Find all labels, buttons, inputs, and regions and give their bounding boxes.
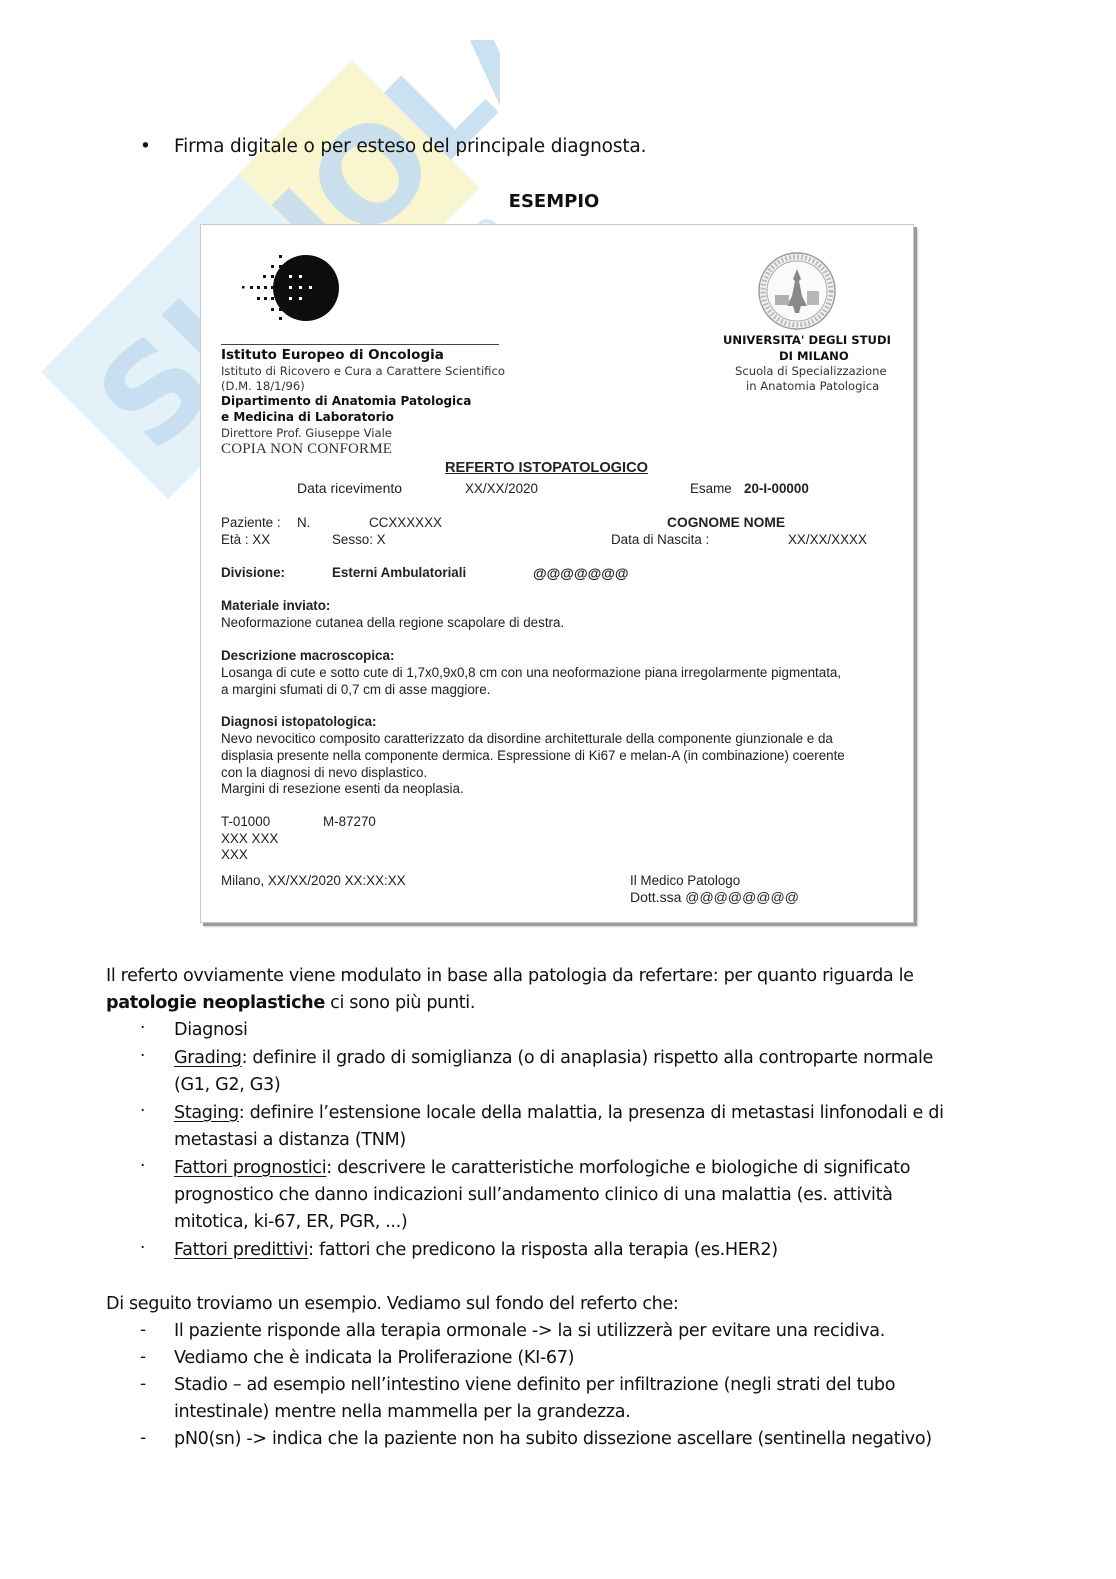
grading-term: Grading bbox=[174, 1048, 242, 1068]
received-value: XX/XX/2020 bbox=[465, 481, 538, 496]
birth-value: XX/XX/XXXX bbox=[788, 532, 867, 547]
prognostic-text: : descrivere le caratteristiche morfolog… bbox=[326, 1158, 910, 1178]
list2-item: pN0(sn) -> indica che la paziente non ha… bbox=[174, 1429, 932, 1449]
exam-label: Esame bbox=[690, 481, 732, 496]
grading-text: : definire il grado di somiglianza (o di… bbox=[242, 1048, 933, 1068]
histopathology-report-image: Istituto Europeo di Oncologia Istituto d… bbox=[200, 224, 914, 923]
institute-line1: Istituto di Ricovero e Cura a Carattere … bbox=[221, 364, 505, 378]
report-title: REFERTO ISTOPATOLOGICO bbox=[445, 460, 648, 476]
predictive-text: : fattori che predicono la risposta alla… bbox=[308, 1240, 778, 1260]
patient-id: CCXXXXXX bbox=[369, 515, 442, 530]
ieo-logo-icon bbox=[237, 253, 347, 323]
director: Direttore Prof. Giuseppe Viale bbox=[221, 426, 392, 440]
paragraph-1-line2: patologie neoplastiche ci sono più punti… bbox=[106, 993, 475, 1013]
material-label: Materiale inviato: bbox=[221, 598, 330, 613]
list-item-diagnosi: Diagnosi bbox=[174, 1020, 248, 1040]
diagnosis-line: Nevo nevocitico composito caratterizzato… bbox=[221, 731, 833, 746]
list-dot-icon: · bbox=[140, 1101, 145, 1121]
material-text: Neoformazione cutanea della regione scap… bbox=[221, 615, 564, 630]
university-name-line2: DI MILANO bbox=[779, 349, 849, 363]
patient-age: Età : XX bbox=[221, 532, 270, 547]
university-name-line1: UNIVERSITA' DEGLI STUDI bbox=[723, 333, 891, 347]
division-label: Divisione: bbox=[221, 565, 285, 580]
patient-n-label: N. bbox=[297, 515, 310, 530]
topography-code: T-01000 bbox=[221, 814, 270, 829]
signer-role: Il Medico Patologo bbox=[630, 873, 740, 888]
school-line1: Scuola di Specializzazione bbox=[735, 364, 887, 378]
list-item-prognostic-cont2: mitotica, ki-67, ER, PGR, ...) bbox=[174, 1212, 407, 1232]
signer-name: Dott.ssa @@@@@@@@ bbox=[630, 889, 799, 905]
bold-term: patologie neoplastiche bbox=[106, 993, 325, 1013]
list-dot-icon: · bbox=[140, 1156, 145, 1176]
list-item-prognostic: Fattori prognostici: descrivere le carat… bbox=[174, 1158, 910, 1178]
paragraph-2: Di seguito troviamo un esempio. Vediamo … bbox=[106, 1294, 679, 1314]
institute-line2: (D.M. 18/1/96) bbox=[221, 379, 305, 393]
school-line2: in Anatomia Patologica bbox=[746, 379, 879, 393]
diagnosis-line: con la diagnosi di nevo displastico. bbox=[221, 765, 427, 780]
predictive-term: Fattori predittivi bbox=[174, 1240, 308, 1260]
copy-notice: COPIA NON CONFORME bbox=[221, 441, 392, 458]
staging-term: Staging bbox=[174, 1103, 239, 1123]
example-heading: ESEMPIO bbox=[0, 191, 1116, 212]
list-item-staging-cont: metastasi a distanza (TNM) bbox=[174, 1130, 406, 1150]
header-divider bbox=[221, 344, 499, 345]
list2-item: Stadio – ad esempio nell’intestino viene… bbox=[174, 1375, 895, 1395]
institute-name: Istituto Europeo di Oncologia bbox=[221, 347, 444, 363]
diagnosis-line: displasia presente nella componente derm… bbox=[221, 748, 845, 763]
macro-line: a margini sfumati di 0,7 cm di asse magg… bbox=[221, 682, 490, 697]
list-item-staging: Staging: definire l’estensione locale de… bbox=[174, 1103, 944, 1123]
list2-item: Il paziente risponde alla terapia ormona… bbox=[174, 1321, 885, 1341]
list-dot-icon: · bbox=[140, 1046, 145, 1066]
dash-icon: - bbox=[140, 1347, 146, 1367]
list2-item: Vediamo che è indicata la Proliferazione… bbox=[174, 1348, 574, 1368]
diagnosis-line: Margini di resezione esenti da neoplasia… bbox=[221, 781, 464, 796]
dash-icon: - bbox=[140, 1428, 146, 1448]
code-line2: XXX XXX bbox=[221, 831, 278, 846]
dash-icon: - bbox=[140, 1320, 146, 1340]
prognostic-term: Fattori prognostici bbox=[174, 1158, 326, 1178]
bullet-icon: • bbox=[140, 136, 150, 157]
department-line1: Dipartimento di Anatomia Patologica bbox=[221, 394, 471, 408]
division-value: Esterni Ambulatoriali bbox=[332, 565, 466, 580]
exam-value: 20-I-00000 bbox=[744, 481, 809, 496]
diagnosis-label: Diagnosi istopatologica: bbox=[221, 714, 377, 729]
staging-text: : definire l’estensione locale della mal… bbox=[239, 1103, 944, 1123]
patient-name: COGNOME NOME bbox=[667, 515, 785, 530]
list-item-grading: Grading: definire il grado di somiglianz… bbox=[174, 1048, 933, 1068]
birth-label: Data di Nascita : bbox=[611, 532, 709, 547]
patient-sex: Sesso: X bbox=[332, 532, 386, 547]
list2-item-cont: intestinale) mentre nella mammella per l… bbox=[174, 1402, 630, 1422]
list-item-grading-cont: (G1, G2, G3) bbox=[174, 1075, 280, 1095]
place-date: Milano, XX/XX/2020 XX:XX:XX bbox=[221, 873, 406, 888]
code-line3: XXX bbox=[221, 847, 248, 862]
received-label: Data ricevimento bbox=[297, 480, 402, 496]
university-seal-icon bbox=[757, 251, 837, 331]
department-line2: e Medicina di Laboratorio bbox=[221, 410, 394, 424]
patient-label: Paziente : bbox=[221, 515, 281, 530]
dash-icon: - bbox=[140, 1374, 146, 1394]
intro-bullet-text: Firma digitale o per esteso del principa… bbox=[174, 136, 646, 157]
macro-line: Losanga di cute e sotto cute di 1,7x0,9x… bbox=[221, 665, 841, 680]
paragraph-1-line1: Il referto ovviamente viene modulato in … bbox=[106, 966, 914, 986]
list-item-prognostic-cont: prognostico che danno indicazioni sull’a… bbox=[174, 1185, 893, 1205]
macro-label: Descrizione macroscopica: bbox=[221, 648, 394, 663]
list-dot-icon: · bbox=[140, 1238, 145, 1258]
division-code: @@@@@@@ bbox=[533, 565, 629, 581]
list-dot-icon: · bbox=[140, 1018, 145, 1038]
morphology-code: M-87270 bbox=[323, 814, 376, 829]
paragraph-1-rest: ci sono più punti. bbox=[325, 993, 475, 1013]
list-item-predictive: Fattori predittivi: fattori che predicon… bbox=[174, 1240, 778, 1260]
